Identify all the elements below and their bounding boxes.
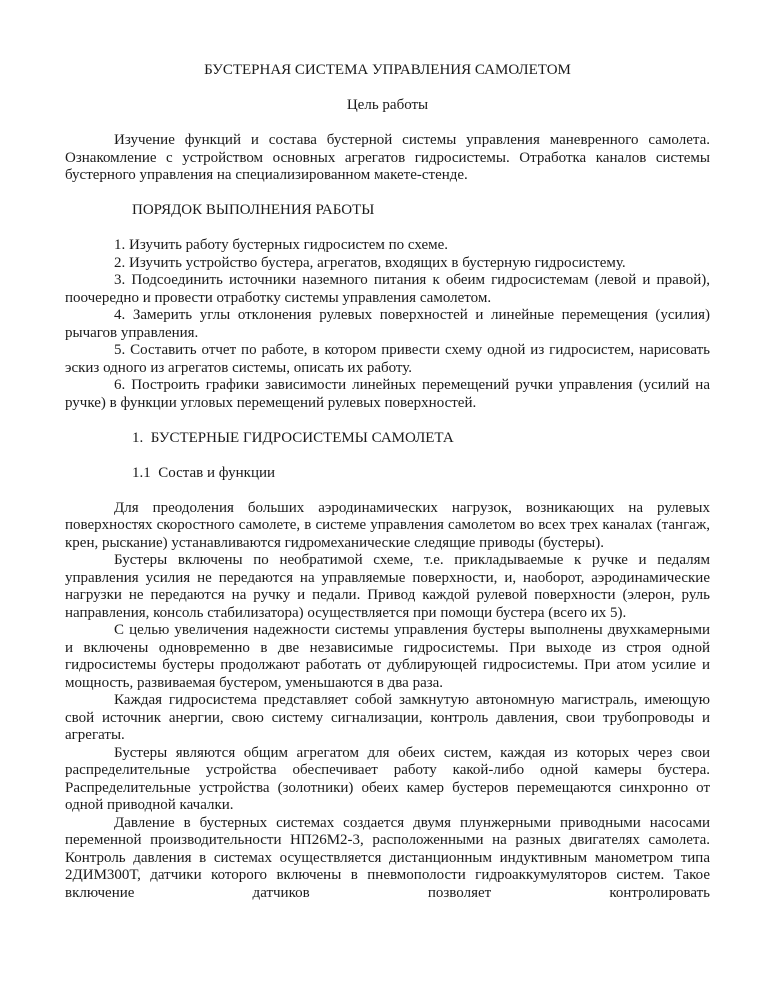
body-paragraph-3: С целью увеличения надежности системы уп… (65, 622, 710, 692)
procedure-heading: ПОРЯДОК ВЫПОЛНЕНИЯ РАБОТЫ (132, 202, 710, 220)
body-paragraph-1: Для преодоления больших аэродинамических… (65, 500, 710, 553)
section-1-body: Для преодоления больших аэродинамических… (65, 500, 710, 903)
purpose-heading: Цель работы (65, 97, 710, 115)
procedure-item-2: 2. Изучить устройство бустера, агрегатов… (65, 255, 710, 273)
document-title: БУСТЕРНАЯ СИСТЕМА УПРАВЛЕНИЯ САМОЛЕТОМ (65, 62, 710, 80)
procedure-item-4: 4. Замерить углы отклонения рулевых пове… (65, 307, 710, 342)
document-page: БУСТЕРНАЯ СИСТЕМА УПРАВЛЕНИЯ САМОЛЕТОМ Ц… (0, 0, 768, 994)
subsection-1-1-heading: 1.1 Состав и функции (132, 465, 710, 483)
procedure-item-1: 1. Изучить работу бустерных гидросистем … (65, 237, 710, 255)
procedure-item-5: 5. Составить отчет по работе, в котором … (65, 342, 710, 377)
body-paragraph-5: Бустеры являются общим агрегатом для обе… (65, 745, 710, 815)
intro-paragraph: Изучение функций и состава бустерной сис… (65, 132, 710, 185)
procedure-item-3: 3. Подсоединить источники наземного пита… (65, 272, 710, 307)
body-paragraph-4: Каждая гидросистема представляет собой з… (65, 692, 710, 745)
procedure-list: 1. Изучить работу бустерных гидросистем … (65, 237, 710, 412)
body-paragraph-6-truncated: Давление в бустерных системах создается … (65, 815, 710, 903)
procedure-item-6: 6. Построить графики зависимости линейны… (65, 377, 710, 412)
body-paragraph-2: Бустеры включены по необратимой схеме, т… (65, 552, 710, 622)
section-1-heading: 1. БУСТЕРНЫЕ ГИДРОСИСТЕМЫ САМОЛЕТА (132, 430, 710, 448)
